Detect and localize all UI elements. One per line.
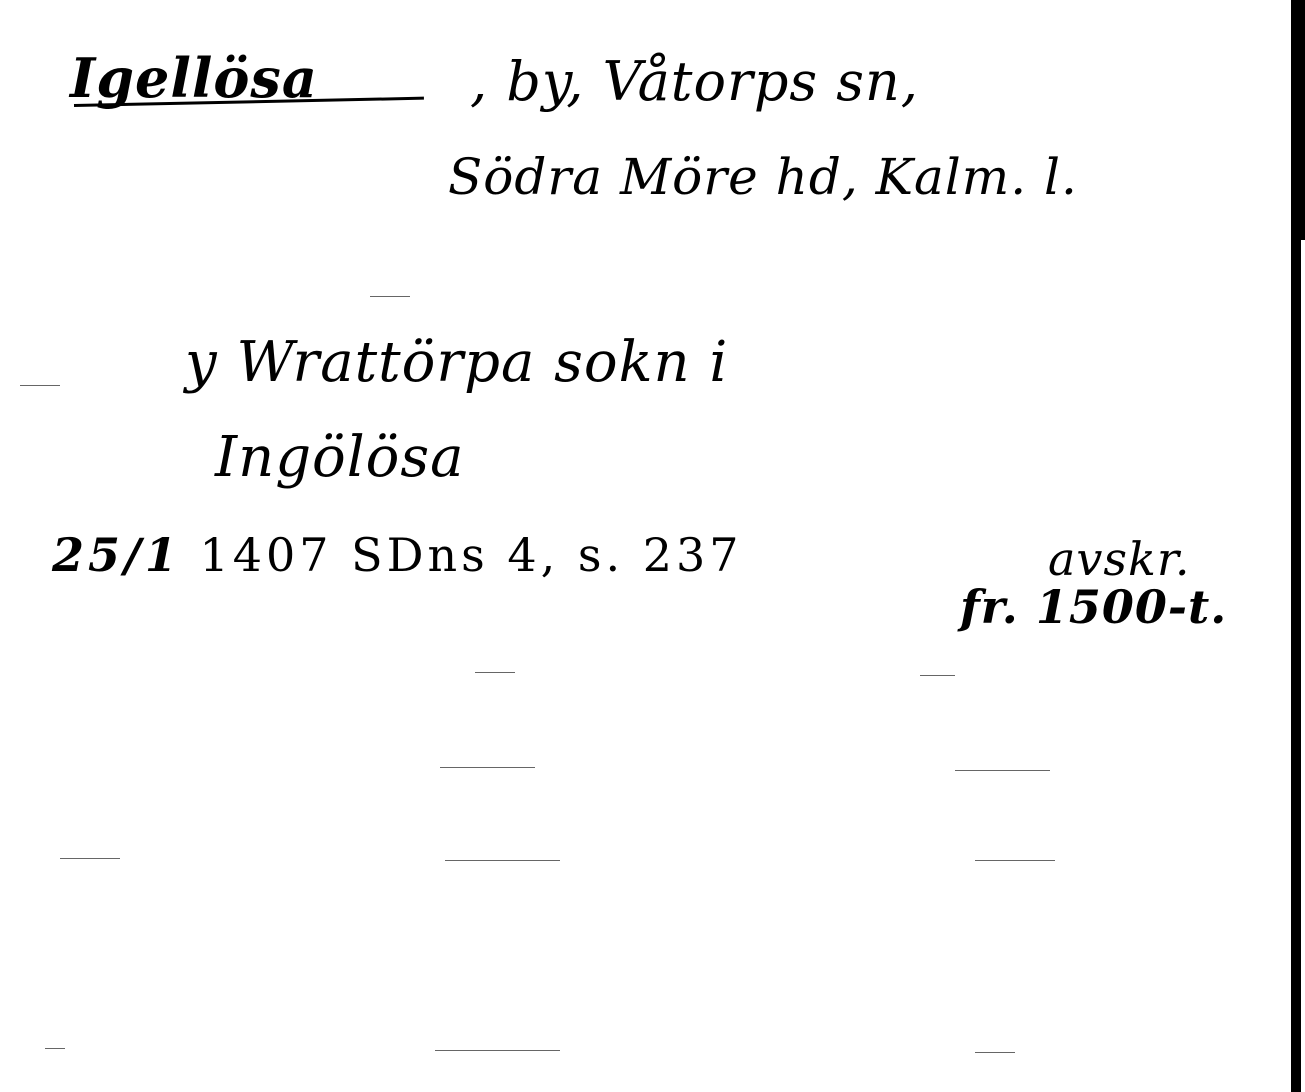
scan-speck [475,672,515,673]
citation-year: 1407 [199,528,332,582]
place-description-line1: , by, Våtorps sn, [470,50,919,113]
note-period: fr. 1500-t. [960,580,1227,634]
note-transcript: avskr. [1048,532,1190,586]
scan-speck [975,860,1055,861]
scan-speck [920,675,955,676]
scan-speck [45,1048,65,1049]
scan-speck [20,385,60,386]
scan-speck [60,858,120,859]
scan-edge-border-top [1296,0,1305,240]
scan-speck [440,767,535,768]
source-quote-line1: y Wrattörpa sokn i [185,330,728,395]
scan-speck [445,860,560,861]
archive-card: Igellösa , by, Våtorps sn, Södra Möre hd… [0,0,1305,1092]
citation-date: 25/1 [52,528,181,582]
scan-speck [975,1052,1015,1053]
source-quote-line2: Ingölösa [215,425,465,490]
scan-speck [955,770,1050,771]
citation: 25/1 1407 SDns 4, s. 237 [52,528,743,582]
citation-source: SDns 4, s. 237 [351,528,742,582]
scan-speck [435,1050,560,1051]
place-description-line2: Södra Möre hd, Kalm. l. [448,148,1078,206]
scan-speck [370,296,410,297]
